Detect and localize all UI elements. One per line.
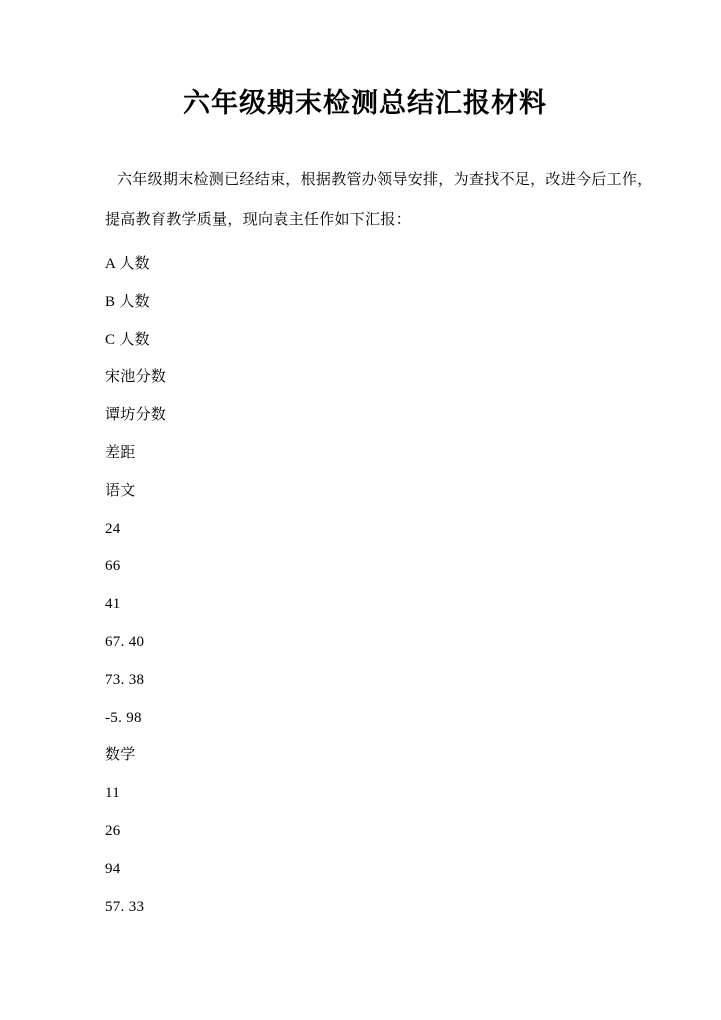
doc-line: 数学 — [105, 737, 625, 775]
doc-line: 67. 40 — [105, 624, 625, 662]
doc-line: 26 — [105, 813, 625, 851]
doc-line: C 人数 — [105, 322, 625, 360]
doc-line: -5. 98 — [105, 700, 625, 738]
intro-paragraph-line: 六年级期末检测已经结束，根据教管办领导安排，为查找不足，改进今后工作， — [105, 160, 625, 200]
doc-line: 94 — [105, 851, 625, 889]
intro-paragraph-line: 提高教育教学质量，现向袁主任作如下汇报： — [105, 200, 625, 240]
doc-line: 73. 38 — [105, 662, 625, 700]
doc-line: B 人数 — [105, 284, 625, 322]
doc-line: 66 — [105, 548, 625, 586]
page-title: 六年级期末检测总结汇报材料 — [105, 88, 625, 118]
doc-line: 57. 33 — [105, 889, 625, 927]
doc-line: A 人数 — [105, 246, 625, 284]
doc-lines: A 人数B 人数C 人数宋池分数谭坊分数差距语文24664167. 4073. … — [105, 246, 625, 926]
doc-line: 11 — [105, 775, 625, 813]
doc-line: 宋池分数 — [105, 359, 625, 397]
document-page: 六年级期末检测总结汇报材料 六年级期末检测已经结束，根据教管办领导安排，为查找不… — [0, 0, 721, 1020]
doc-line: 谭坊分数 — [105, 397, 625, 435]
doc-line: 语文 — [105, 473, 625, 511]
doc-line: 24 — [105, 511, 625, 549]
doc-line: 差距 — [105, 435, 625, 473]
doc-line: 41 — [105, 586, 625, 624]
intro-paragraph: 六年级期末检测已经结束，根据教管办领导安排，为查找不足，改进今后工作， 提高教育… — [105, 160, 625, 240]
